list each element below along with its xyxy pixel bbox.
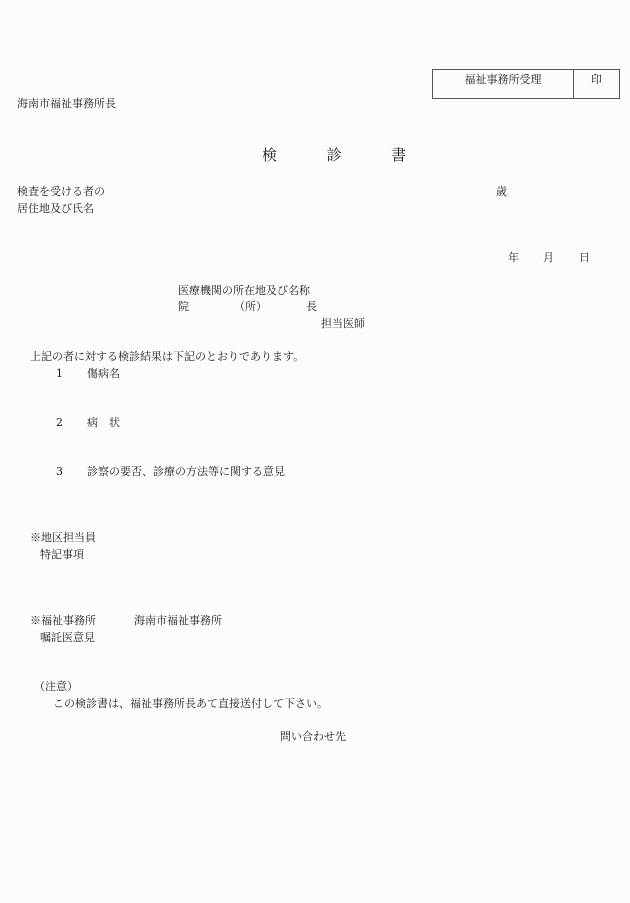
contact-label: 問い合わせ先 xyxy=(280,730,346,744)
intro-text: 上記の者に対する検診結果は下記のとおりであります。 xyxy=(30,350,304,364)
date-day: 日 xyxy=(579,251,590,265)
item-number: 2 xyxy=(56,416,63,430)
institution-head-suffix: 長 xyxy=(306,300,317,314)
addressee: 海南市福祉事務所長 xyxy=(17,97,116,111)
institution-head-prefix: 院 xyxy=(178,300,189,314)
date-year: 年 xyxy=(508,251,519,265)
item-label-diagnosis: 傷病名 xyxy=(87,367,120,381)
consulting-doctor-opinion-label: 嘱託医意見 xyxy=(40,631,95,645)
seal-label: 印 xyxy=(574,70,619,98)
institution-label: 医療機関の所在地及び名称 xyxy=(178,284,310,298)
notes-heading: （注意） xyxy=(34,680,78,694)
welfare-office-label: ※福祉事務所 xyxy=(30,614,96,628)
item-label-opinion: 診察の要否、診療の方法等に関する意見 xyxy=(87,465,285,479)
special-notes-label: 特記事項 xyxy=(40,548,84,562)
title-char: 検 xyxy=(262,148,277,162)
attending-doctor-label: 担当医師 xyxy=(321,317,365,331)
date-month: 月 xyxy=(543,251,554,265)
institution-head-middle: （所） xyxy=(234,300,267,314)
district-officer-label: ※地区担当員 xyxy=(30,531,96,545)
item-number: 3 xyxy=(56,465,63,479)
document-title: 検 診 書 xyxy=(262,148,406,162)
patient-label-line1: 検査を受ける者の xyxy=(17,185,105,199)
title-char: 書 xyxy=(391,148,406,162)
title-char: 診 xyxy=(327,148,342,162)
receipt-stamp-box: 福祉事務所受理 印 xyxy=(432,69,620,99)
notes-text: この検診書は、福祉事務所長あて直接送付して下さい。 xyxy=(53,697,328,711)
receipt-label: 福祉事務所受理 xyxy=(433,70,574,98)
age-unit: 歳 xyxy=(496,185,507,199)
welfare-office-name: 海南市福祉事務所 xyxy=(134,614,222,628)
item-label-symptoms: 病 状 xyxy=(87,416,120,430)
patient-label-line2: 居住地及び氏名 xyxy=(17,202,94,216)
item-number: 1 xyxy=(56,367,63,381)
